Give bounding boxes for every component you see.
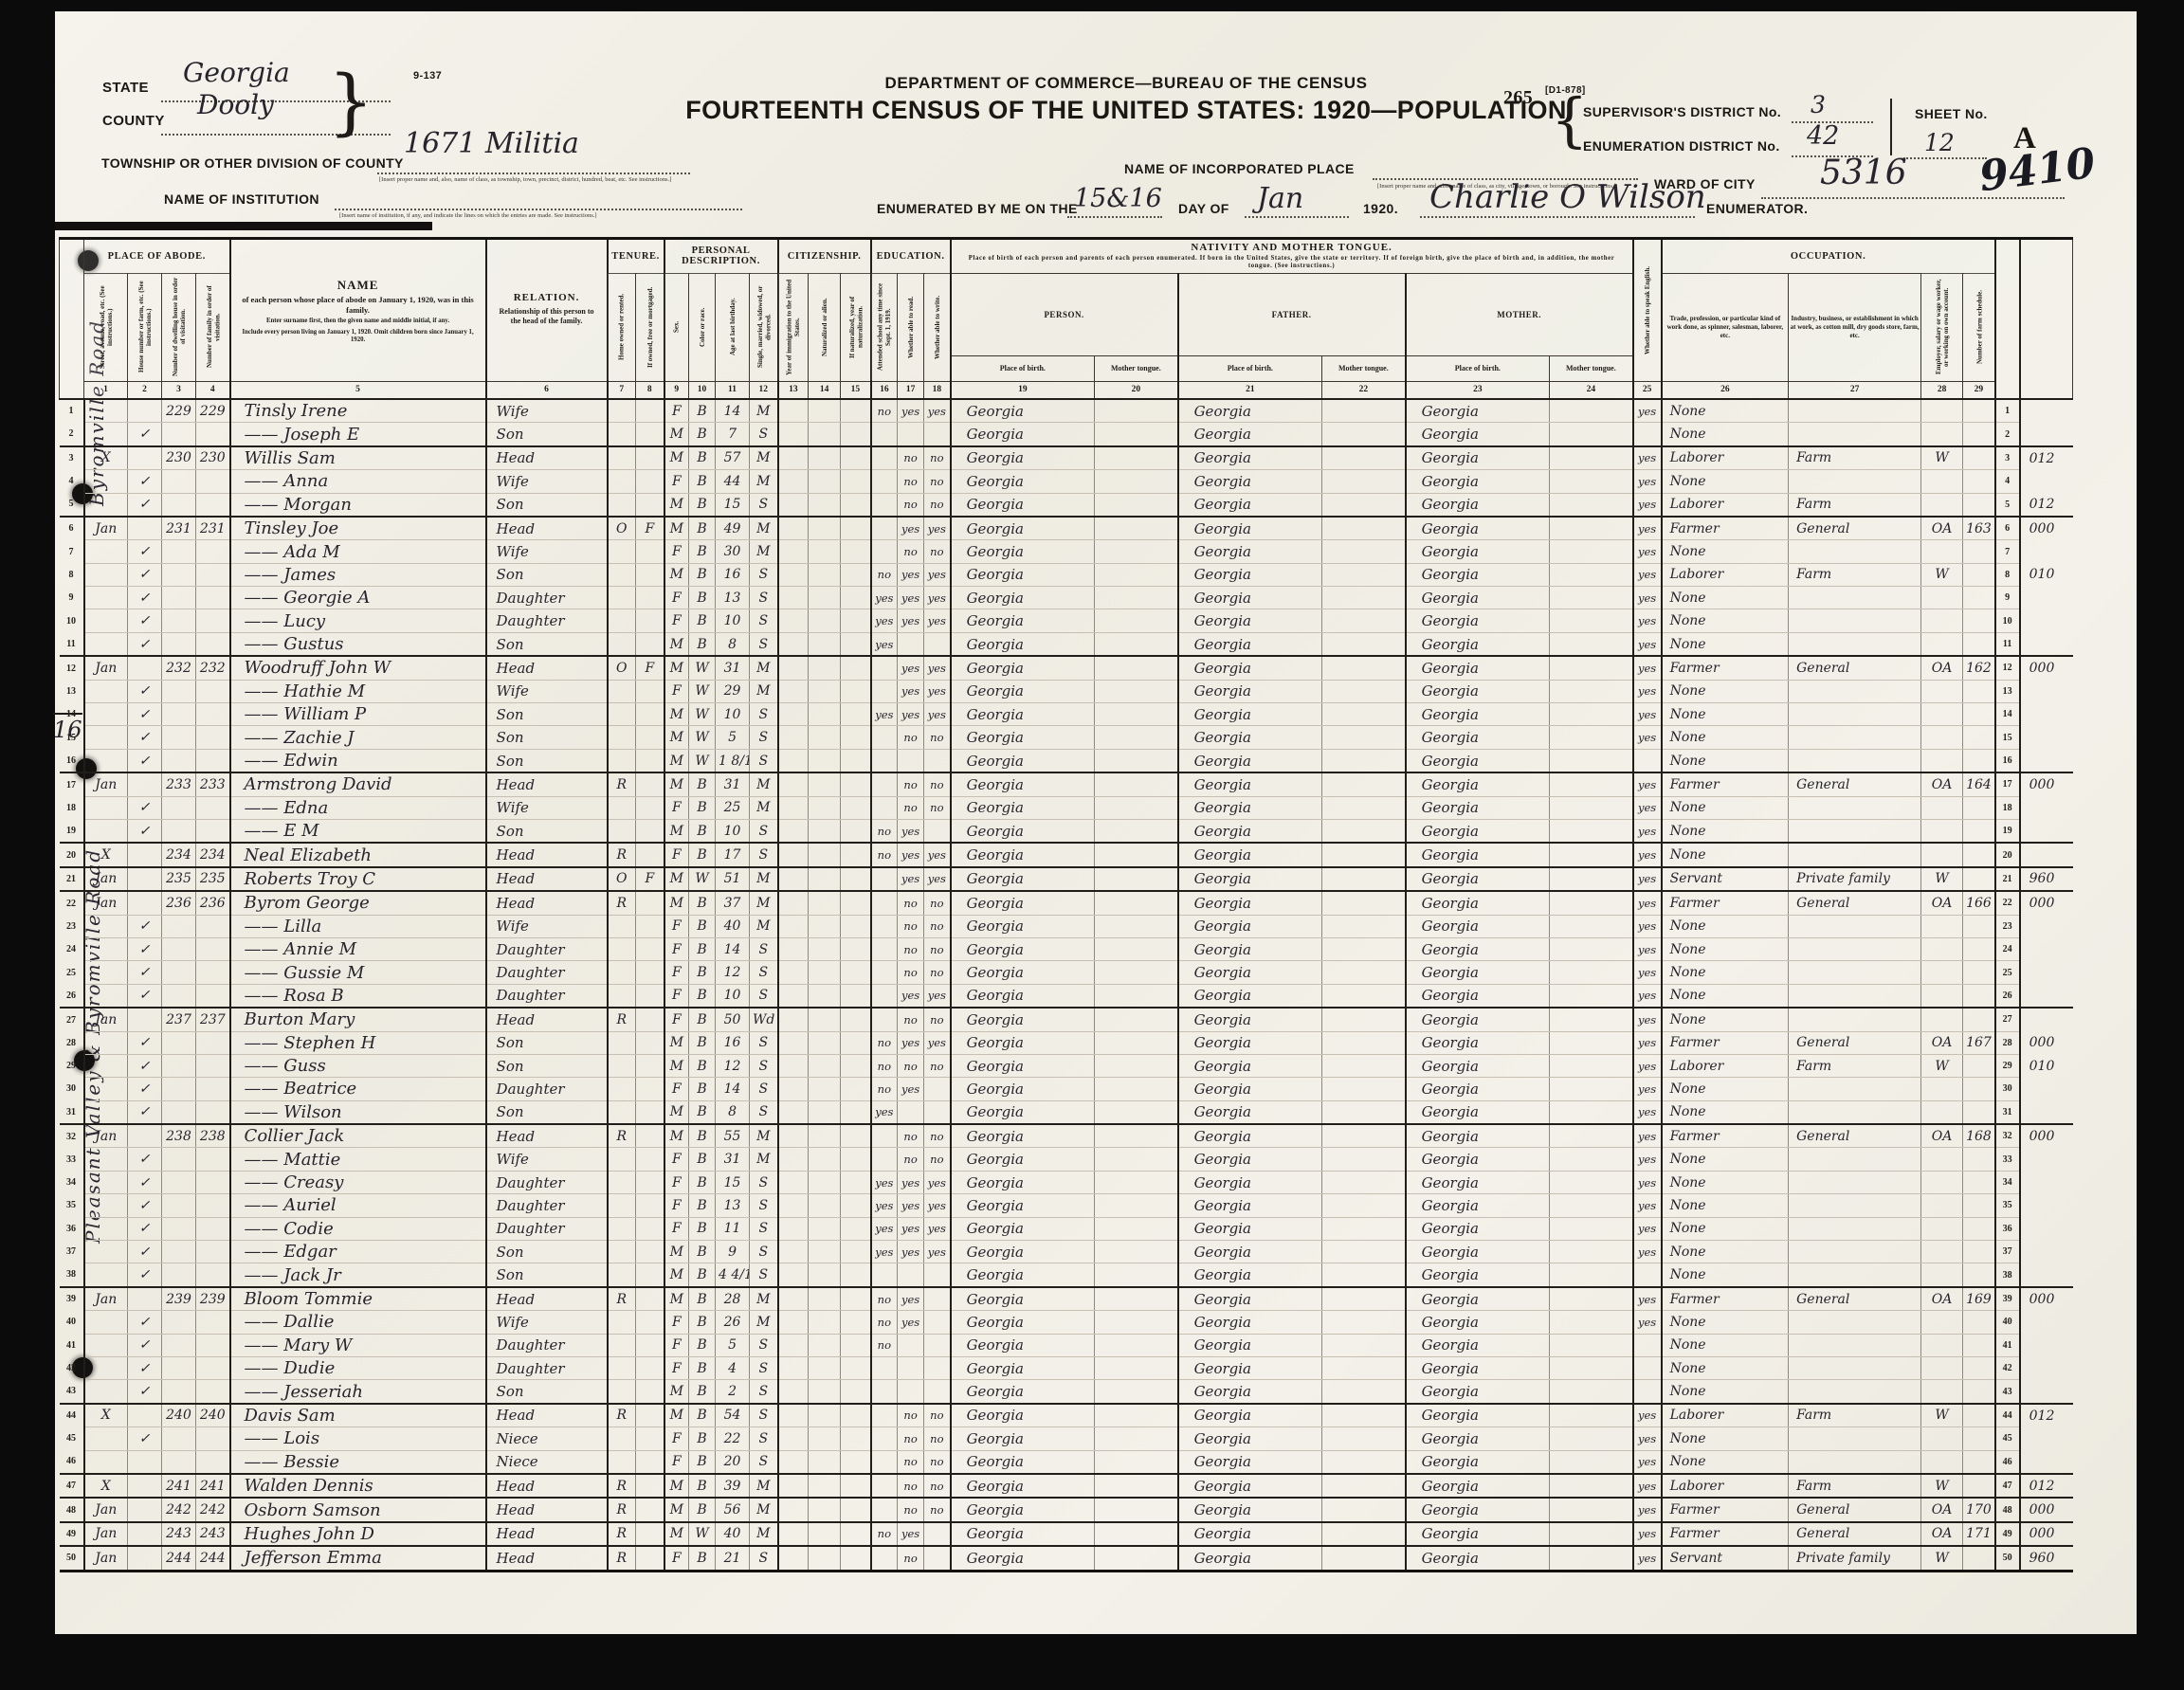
row-number-right: 2 xyxy=(1995,423,2020,446)
column-farm-schedule: Number of farm schedule. xyxy=(1963,273,1995,381)
cell-person-mother-tongue xyxy=(1095,1054,1178,1077)
cell-race: B xyxy=(689,961,716,984)
row-number-right: 6 xyxy=(1995,517,2020,540)
cell-farm-schedule xyxy=(1963,1171,1995,1193)
cell-sex: F xyxy=(664,1356,689,1379)
cell-father-mother-tongue xyxy=(1322,656,1406,680)
row-number-left: 34 xyxy=(60,1171,84,1193)
cell-home-owned xyxy=(608,1356,636,1379)
cell-margin-note xyxy=(2020,937,2073,960)
cell-mother-birthplace: Georgia xyxy=(1406,1194,1550,1217)
institution-note: [Insert name of institution, if any, and… xyxy=(339,212,597,219)
cell-mother-birthplace: Georgia xyxy=(1406,446,1550,470)
cell-father-birthplace: Georgia xyxy=(1178,891,1322,915)
cell-person-birthplace: Georgia xyxy=(951,1380,1095,1404)
cell-employer-worker: OA xyxy=(1921,772,1963,796)
row-number-right: 36 xyxy=(1995,1217,2020,1240)
cell-free-mortgaged xyxy=(636,961,664,984)
cell-person-mother-tongue xyxy=(1095,867,1178,891)
cell-person-birthplace: Georgia xyxy=(951,984,1095,1008)
cell-immigration-year xyxy=(778,1031,809,1054)
cell-able-to-write: yes xyxy=(924,1194,951,1217)
cell-family-number xyxy=(196,632,230,656)
cell-farm-schedule xyxy=(1963,749,1995,772)
cell-able-to-read xyxy=(898,632,924,656)
cell-father-mother-tongue xyxy=(1322,1450,1406,1474)
cell-dwelling-number xyxy=(162,726,196,749)
cell-attended-school: no xyxy=(871,843,898,866)
column-number-row: 1234567891011121314151617181920212223242… xyxy=(60,381,2073,399)
census-row: 49Jan243243Hughes John DHeadRMW40MnoyesG… xyxy=(60,1522,2073,1546)
cell-house-number xyxy=(128,1450,162,1474)
cell-marital-status: S xyxy=(750,1194,778,1217)
cell-marital-status: M xyxy=(750,915,778,937)
cell-sex: M xyxy=(664,1263,689,1287)
cell-mother-birthplace: Georgia xyxy=(1406,1031,1550,1054)
census-row: 16✓—— EdwinSonMW1 8/12SGeorgiaGeorgiaGeo… xyxy=(60,749,2073,772)
cell-age: 14 xyxy=(716,937,750,960)
cell-home-owned xyxy=(608,563,636,586)
cell-naturalized xyxy=(809,1311,841,1334)
cell-employer-worker: W xyxy=(1921,1404,1963,1427)
cell-person-birthplace: Georgia xyxy=(951,891,1095,915)
census-row: 4✓—— AnnaWifeFB44MnonoGeorgiaGeorgiaGeor… xyxy=(60,470,2073,493)
cell-street xyxy=(84,540,128,563)
cell-mother-birthplace: Georgia xyxy=(1406,915,1550,937)
cell-father-mother-tongue xyxy=(1322,423,1406,446)
cell-immigration-year xyxy=(778,609,809,632)
cell-trade: None xyxy=(1662,399,1789,423)
cell-immigration-year xyxy=(778,540,809,563)
cell-employer-worker xyxy=(1921,1356,1963,1379)
cell-home-owned xyxy=(608,820,636,844)
cell-person-birthplace: Georgia xyxy=(951,1311,1095,1334)
cell-home-owned xyxy=(608,1078,636,1100)
cell-farm-schedule xyxy=(1963,1078,1995,1100)
scanned-census-page: STATE Georgia COUNTY Dooly } 9-137 DEPAR… xyxy=(0,0,2184,1690)
cell-trade: None xyxy=(1662,1194,1789,1217)
cell-father-mother-tongue xyxy=(1322,1356,1406,1379)
cell-able-to-read xyxy=(898,423,924,446)
cell-industry xyxy=(1789,423,1921,446)
cell-marital-status: M xyxy=(750,680,778,702)
cell-trade: None xyxy=(1662,726,1789,749)
cell-house-number: ✓ xyxy=(128,1356,162,1379)
cell-able-to-write: no xyxy=(924,1148,951,1171)
cell-naturalized xyxy=(809,563,841,586)
cell-able-to-read: no xyxy=(898,915,924,937)
cell-immigration-year xyxy=(778,656,809,680)
row-number-right: 8 xyxy=(1995,563,2020,586)
cell-naturalized xyxy=(809,1148,841,1171)
cell-father-mother-tongue xyxy=(1322,1008,1406,1031)
cell-street: X xyxy=(84,446,128,470)
cell-street xyxy=(84,609,128,632)
cell-immigration-year xyxy=(778,1404,809,1427)
cell-age: 51 xyxy=(716,867,750,891)
cell-father-birthplace: Georgia xyxy=(1178,1031,1322,1054)
cell-speaks-english: yes xyxy=(1633,703,1662,726)
nativity-note: Place of birth of each person and parent… xyxy=(960,255,1624,271)
cell-free-mortgaged xyxy=(636,470,664,493)
cell-able-to-read: no xyxy=(898,891,924,915)
cell-house-number: ✓ xyxy=(128,587,162,609)
cell-able-to-read: yes xyxy=(898,703,924,726)
cell-farm-schedule xyxy=(1963,423,1995,446)
cell-attended-school: yes xyxy=(871,1217,898,1240)
row-number-right: 40 xyxy=(1995,1311,2020,1334)
cell-age: 10 xyxy=(716,703,750,726)
cell-speaks-english: yes xyxy=(1633,470,1662,493)
cell-mother-birthplace: Georgia xyxy=(1406,820,1550,844)
cell-able-to-read: no xyxy=(898,1450,924,1474)
cell-mother-birthplace: Georgia xyxy=(1406,1450,1550,1474)
cell-name: —— James xyxy=(230,563,486,586)
cell-relation: Son xyxy=(486,423,608,446)
cell-father-mother-tongue xyxy=(1322,540,1406,563)
cell-industry xyxy=(1789,796,1921,819)
cell-industry: General xyxy=(1789,1031,1921,1054)
cell-street: Jan xyxy=(84,656,128,680)
cell-name: —— Edwin xyxy=(230,749,486,772)
cell-dwelling-number xyxy=(162,820,196,844)
cell-age: 39 xyxy=(716,1474,750,1498)
cell-marital-status: S xyxy=(750,843,778,866)
cell-person-birthplace: Georgia xyxy=(951,563,1095,586)
cell-family-number xyxy=(196,1263,230,1287)
column-number: 18 xyxy=(924,381,951,399)
cell-sex: M xyxy=(664,1522,689,1546)
cell-immigration-year xyxy=(778,772,809,796)
cell-trade: None xyxy=(1662,423,1789,446)
cell-mother-mother-tongue xyxy=(1550,1171,1633,1193)
census-row: 10✓—— LucyDaughterFB10SyesyesyesGeorgiaG… xyxy=(60,609,2073,632)
cell-trade: None xyxy=(1662,1311,1789,1334)
cell-immigration-year xyxy=(778,1334,809,1356)
cell-race: B xyxy=(689,1356,716,1379)
cell-family-number xyxy=(196,1078,230,1100)
cell-mother-birthplace: Georgia xyxy=(1406,632,1550,656)
cell-home-owned xyxy=(608,749,636,772)
cell-home-owned xyxy=(608,1217,636,1240)
cell-free-mortgaged xyxy=(636,1100,664,1124)
cell-employer-worker xyxy=(1921,1217,1963,1240)
cell-person-mother-tongue xyxy=(1095,1100,1178,1124)
cell-naturalization-year xyxy=(841,609,871,632)
cell-naturalization-year xyxy=(841,563,871,586)
cell-employer-worker: OA xyxy=(1921,656,1963,680)
cell-mother-mother-tongue xyxy=(1550,961,1633,984)
cell-street: Jan xyxy=(84,772,128,796)
cell-sex: F xyxy=(664,937,689,960)
cell-marital-status: S xyxy=(750,1100,778,1124)
cell-home-owned xyxy=(608,540,636,563)
column-number: 25 xyxy=(1633,381,1662,399)
cell-name: —— Annie M xyxy=(230,937,486,960)
cell-dwelling-number: 241 xyxy=(162,1474,196,1498)
cell-relation: Son xyxy=(486,749,608,772)
cell-employer-worker xyxy=(1921,587,1963,609)
cell-marital-status: S xyxy=(750,609,778,632)
cell-speaks-english: yes xyxy=(1633,1078,1662,1100)
cell-speaks-english: yes xyxy=(1633,1522,1662,1546)
row-number-left: 9 xyxy=(60,587,84,609)
cell-speaks-english: yes xyxy=(1633,1100,1662,1124)
cell-mother-mother-tongue xyxy=(1550,1427,1633,1450)
cell-marital-status: M xyxy=(750,1311,778,1334)
cell-sex: M xyxy=(664,656,689,680)
cell-immigration-year xyxy=(778,1008,809,1031)
cell-free-mortgaged xyxy=(636,540,664,563)
cell-trade: None xyxy=(1662,984,1789,1008)
cell-trade: None xyxy=(1662,961,1789,984)
cell-mother-mother-tongue xyxy=(1550,1450,1633,1474)
cell-street: Jan xyxy=(84,1522,128,1546)
cell-margin-note: 000 xyxy=(2020,517,2073,540)
cell-speaks-english: yes xyxy=(1633,1450,1662,1474)
cell-attended-school xyxy=(871,1404,898,1427)
cell-person-birthplace: Georgia xyxy=(951,540,1095,563)
cell-person-birthplace: Georgia xyxy=(951,1031,1095,1054)
cell-house-number xyxy=(128,867,162,891)
cell-mother-mother-tongue xyxy=(1550,493,1633,517)
cell-able-to-read: no xyxy=(898,1148,924,1171)
cell-age: 7 xyxy=(716,423,750,446)
cell-speaks-english: yes xyxy=(1633,915,1662,937)
cell-mother-mother-tongue xyxy=(1550,1078,1633,1100)
row-number-left: 37 xyxy=(60,1241,84,1263)
column-number: 3 xyxy=(162,381,196,399)
cell-industry xyxy=(1789,680,1921,702)
cell-able-to-read: yes xyxy=(898,517,924,540)
cell-home-owned xyxy=(608,796,636,819)
cell-farm-schedule xyxy=(1963,1404,1995,1427)
cell-age: 57 xyxy=(716,446,750,470)
cell-person-birthplace: Georgia xyxy=(951,867,1095,891)
cell-attended-school xyxy=(871,796,898,819)
cell-mother-mother-tongue xyxy=(1550,726,1633,749)
cell-trade: Farmer xyxy=(1662,891,1789,915)
cell-race: B xyxy=(689,399,716,423)
cell-sex: M xyxy=(664,1287,689,1311)
cell-mother-birthplace: Georgia xyxy=(1406,470,1550,493)
cell-dwelling-number xyxy=(162,749,196,772)
cell-mother-mother-tongue xyxy=(1550,1334,1633,1356)
cell-home-owned xyxy=(608,1054,636,1077)
cell-house-number: ✓ xyxy=(128,749,162,772)
cell-trade: Laborer xyxy=(1662,1404,1789,1427)
cell-farm-schedule: 169 xyxy=(1963,1287,1995,1311)
cell-mother-birthplace: Georgia xyxy=(1406,1474,1550,1498)
cell-person-birthplace: Georgia xyxy=(951,1474,1095,1498)
cell-father-birthplace: Georgia xyxy=(1178,1404,1322,1427)
cell-house-number: ✓ xyxy=(128,1031,162,1054)
cell-able-to-read xyxy=(898,1356,924,1379)
cell-home-owned: R xyxy=(608,891,636,915)
cell-sex: M xyxy=(664,563,689,586)
cell-mother-mother-tongue xyxy=(1550,1546,1633,1571)
cell-street xyxy=(84,726,128,749)
census-row: 9✓—— Georgie ADaughterFB13SyesyesyesGeor… xyxy=(60,587,2073,609)
cell-family-number xyxy=(196,1171,230,1193)
row-number-left: 41 xyxy=(60,1334,84,1356)
cell-dwelling-number xyxy=(162,563,196,586)
cell-race: B xyxy=(689,563,716,586)
cell-sex: F xyxy=(664,1008,689,1031)
cell-relation: Head xyxy=(486,867,608,891)
cell-employer-worker xyxy=(1921,796,1963,819)
cell-attended-school: no xyxy=(871,399,898,423)
cell-race: B xyxy=(689,1404,716,1427)
township-label: TOWNSHIP OR OTHER DIVISION OF COUNTY xyxy=(101,155,404,171)
cell-immigration-year xyxy=(778,1171,809,1193)
cell-employer-worker xyxy=(1921,680,1963,702)
cell-able-to-write xyxy=(924,1100,951,1124)
cell-able-to-write: no xyxy=(924,1498,951,1521)
cell-age: 8 xyxy=(716,1100,750,1124)
cell-sex: M xyxy=(664,517,689,540)
cell-mother-birthplace: Georgia xyxy=(1406,1124,1550,1148)
cell-mother-mother-tongue xyxy=(1550,703,1633,726)
cell-street xyxy=(84,493,128,517)
cell-able-to-write: no xyxy=(924,961,951,984)
cell-trade: None xyxy=(1662,1334,1789,1356)
census-row: 48Jan242242Osborn SamsonHeadRMB56MnonoGe… xyxy=(60,1498,2073,1521)
cell-farm-schedule xyxy=(1963,1008,1995,1031)
cell-speaks-english xyxy=(1633,1356,1662,1379)
cell-sex: F xyxy=(664,399,689,423)
cell-able-to-read: yes xyxy=(898,1287,924,1311)
cell-immigration-year xyxy=(778,423,809,446)
cell-home-owned: O xyxy=(608,867,636,891)
cell-margin-note xyxy=(2020,843,2073,866)
cell-sex: M xyxy=(664,1404,689,1427)
cell-father-birthplace: Georgia xyxy=(1178,1427,1322,1450)
cell-father-mother-tongue xyxy=(1322,1241,1406,1263)
cell-speaks-english: yes xyxy=(1633,1241,1662,1263)
cell-family-number xyxy=(196,540,230,563)
row-number-left: 42 xyxy=(60,1356,84,1379)
cell-speaks-english: yes xyxy=(1633,1124,1662,1148)
cell-age: 40 xyxy=(716,915,750,937)
row-number-right: 50 xyxy=(1995,1546,2020,1571)
cell-dwelling-number xyxy=(162,703,196,726)
cell-street: Jan xyxy=(84,1546,128,1571)
cell-house-number xyxy=(128,1498,162,1521)
cell-employer-worker xyxy=(1921,399,1963,423)
row-number-left: 5 xyxy=(60,493,84,517)
cell-person-mother-tongue xyxy=(1095,609,1178,632)
cell-margin-note xyxy=(2020,1078,2073,1100)
cell-age: 5 xyxy=(716,726,750,749)
cell-name: Jefferson Emma xyxy=(230,1546,486,1571)
cell-trade: Farmer xyxy=(1662,1498,1789,1521)
cell-farm-schedule xyxy=(1963,446,1995,470)
township-value: 1671 Militia xyxy=(404,127,579,160)
cell-industry xyxy=(1789,1263,1921,1287)
column-number: 1 xyxy=(84,381,128,399)
cell-father-birthplace: Georgia xyxy=(1178,1054,1322,1077)
cell-free-mortgaged xyxy=(636,493,664,517)
row-number-left: 48 xyxy=(60,1498,84,1521)
enumerator-signature: Charlie O Wilson xyxy=(1429,178,1706,216)
row-number-left: 3 xyxy=(60,446,84,470)
census-row: 5✓—— MorganSonMB15SnonoGeorgiaGeorgiaGeo… xyxy=(60,493,2073,517)
cell-dwelling-number: 231 xyxy=(162,517,196,540)
cell-street: Jan xyxy=(84,1287,128,1311)
cell-employer-worker: OA xyxy=(1921,1124,1963,1148)
cell-free-mortgaged xyxy=(636,1404,664,1427)
cell-industry: Private family xyxy=(1789,1546,1921,1571)
cell-house-number xyxy=(128,1522,162,1546)
cell-house-number xyxy=(128,891,162,915)
cell-relation: Daughter xyxy=(486,587,608,609)
cell-trade: Farmer xyxy=(1662,1287,1789,1311)
census-table-body: 1229229Tinsly IreneWifeFB14MnoyesyesGeor… xyxy=(60,399,2073,1571)
cell-attended-school xyxy=(871,470,898,493)
row-number-right: 10 xyxy=(1995,609,2020,632)
cell-immigration-year xyxy=(778,680,809,702)
row-number-left: 44 xyxy=(60,1404,84,1427)
cell-mother-mother-tongue xyxy=(1550,399,1633,423)
row-number-right: 19 xyxy=(1995,820,2020,844)
cell-age: 9 xyxy=(716,1241,750,1263)
cell-race: B xyxy=(689,632,716,656)
cell-speaks-english: yes xyxy=(1633,1031,1662,1054)
subgroup-mother: MOTHER. xyxy=(1406,273,1633,355)
cell-speaks-english: yes xyxy=(1633,796,1662,819)
cell-naturalized xyxy=(809,703,841,726)
census-row: 32Jan238238Collier JackHeadRMB55MnonoGeo… xyxy=(60,1124,2073,1148)
cell-mother-mother-tongue xyxy=(1550,796,1633,819)
column-sex: Sex. xyxy=(664,273,689,381)
cell-naturalization-year xyxy=(841,891,871,915)
cell-father-mother-tongue xyxy=(1322,843,1406,866)
cell-street xyxy=(84,961,128,984)
cell-naturalization-year xyxy=(841,820,871,844)
cell-able-to-write: no xyxy=(924,726,951,749)
row-number-right: 41 xyxy=(1995,1334,2020,1356)
cell-free-mortgaged xyxy=(636,1474,664,1498)
cell-father-birthplace: Georgia xyxy=(1178,796,1322,819)
cell-trade: None xyxy=(1662,1100,1789,1124)
cell-able-to-read: no xyxy=(898,1054,924,1077)
cell-dwelling-number xyxy=(162,1054,196,1077)
cell-person-birthplace: Georgia xyxy=(951,680,1095,702)
cell-street xyxy=(84,1031,128,1054)
cell-able-to-read: yes xyxy=(898,587,924,609)
cell-speaks-english: yes xyxy=(1633,1287,1662,1311)
cell-naturalized xyxy=(809,1194,841,1217)
cell-mother-birthplace: Georgia xyxy=(1406,749,1550,772)
cell-father-birthplace: Georgia xyxy=(1178,446,1322,470)
row-number-left: 35 xyxy=(60,1194,84,1217)
cell-free-mortgaged xyxy=(636,703,664,726)
cell-speaks-english: yes xyxy=(1633,493,1662,517)
cell-father-birthplace: Georgia xyxy=(1178,843,1322,866)
cell-industry xyxy=(1789,937,1921,960)
cell-dwelling-number xyxy=(162,937,196,960)
cell-employer-worker xyxy=(1921,703,1963,726)
cell-able-to-write xyxy=(924,423,951,446)
census-row: 46—— BessieNieceFB20SnonoGeorgiaGeorgiaG… xyxy=(60,1450,2073,1474)
cell-naturalized xyxy=(809,493,841,517)
cell-naturalization-year xyxy=(841,1498,871,1521)
cell-house-number: ✓ xyxy=(128,609,162,632)
right-number-column-header xyxy=(1995,239,2020,399)
cell-mother-birthplace: Georgia xyxy=(1406,1334,1550,1356)
cell-name: Osborn Samson xyxy=(230,1498,486,1521)
